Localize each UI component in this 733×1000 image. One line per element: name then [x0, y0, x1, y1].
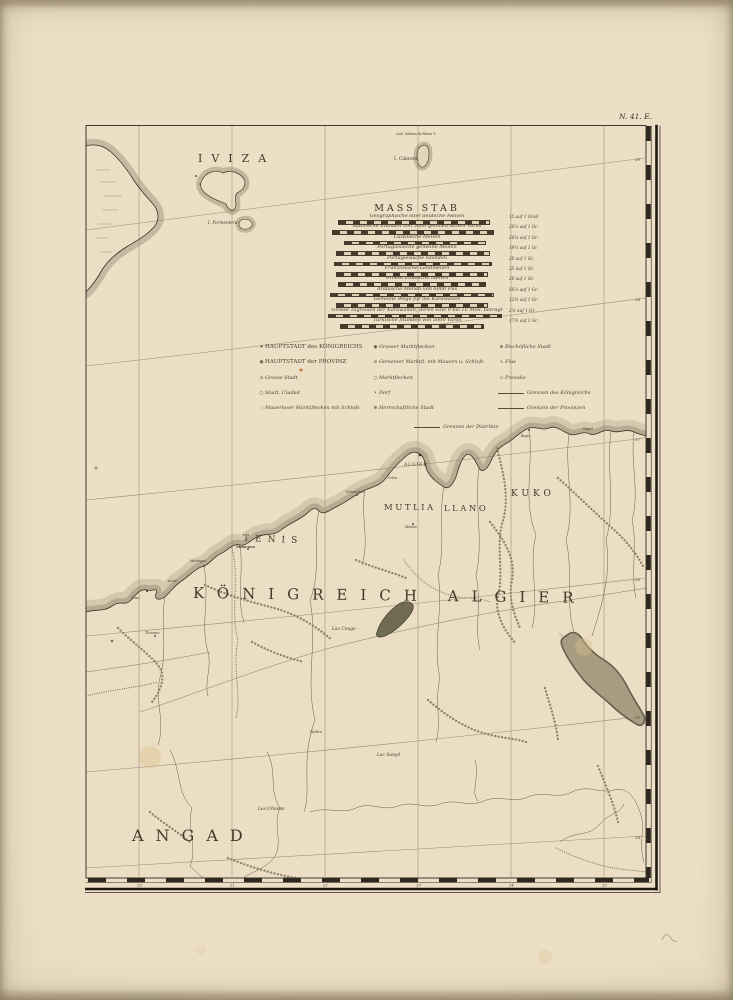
region-label-angad: ANGAD: [131, 826, 255, 845]
scalebar-title: MASS STAB: [328, 203, 506, 214]
scalebar-label: Geographische oder deutsche Meilen: [328, 214, 506, 219]
village-symbol: •: [372, 391, 379, 397]
region-label-iviza: IVIZA: [198, 152, 275, 165]
lat-label: 39: [635, 157, 640, 162]
lon-label: 24: [508, 883, 514, 888]
scale-bar: [340, 324, 484, 329]
legend-item: Grenzen der Provinzen: [498, 405, 585, 411]
scalebar-label: Grosse arabische Meilen: [328, 276, 506, 281]
lon-label: 23: [415, 883, 421, 888]
lat-label: 37: [635, 437, 640, 442]
legend-item: ⊕Herrschaftliche Stadt: [372, 405, 434, 412]
scalebar-value: 26⅔ auf 1 Gr.: [509, 224, 567, 229]
legend-item: ◉HAUPTSTADT der PROVINZ: [258, 359, 346, 366]
place-label-algier: ALGIER: [403, 462, 427, 468]
lat-label: 36: [635, 577, 640, 582]
open-market-symbol: ◌: [258, 406, 265, 412]
scalebar-block: MASS STAB Geographische oder deutsche Me…: [328, 203, 568, 328]
scalebar-label: Türkische Stunden von 5000 Yards: [328, 318, 506, 323]
islet-habibas: [111, 640, 114, 643]
place-label-oran: Oran: [131, 596, 140, 600]
scalebar-label: Castilische Meilen: [328, 235, 506, 240]
scalebar-label: Grosse Tagreisen der Karawanen, deren ei…: [328, 308, 506, 313]
place-label-melira: Melira: [309, 730, 322, 734]
legend-item: ◉Grosser Marktflecken: [372, 344, 434, 351]
lon-label: 20: [136, 883, 142, 888]
legend-item: ○Stadt, Ciudad: [258, 390, 300, 397]
market-symbol: ○: [372, 376, 379, 382]
scalebar-value: 25 auf 1 Gr.: [509, 266, 567, 271]
spain-landfill: [86, 145, 158, 292]
legend-label: Grosser Marktflecken: [379, 344, 434, 350]
legend-item: ⊙Grosse Stadt: [258, 375, 298, 382]
scalebar-value: 20 auf 1 Gr.: [509, 276, 567, 281]
legend-item: ✷HAUPTSTADT des KÖNIGREICHS: [258, 344, 363, 351]
mostagan-marker: [203, 565, 205, 567]
legend-label: Grosse Stadt: [265, 375, 298, 381]
scalebar-row: Arabische Meilen von 6000 Fus 56⅔ auf 1 …: [328, 287, 506, 297]
lon-label: 22: [322, 883, 328, 888]
province-border-line: [498, 407, 524, 409]
place-label-colea: Colea: [388, 476, 397, 480]
capital-province-symbol: ◉: [258, 360, 265, 366]
stain-speck: [94, 466, 97, 469]
island-note-cabrera: Cab. Salinas di Palma V.: [396, 132, 436, 136]
lat-label: 34: [635, 835, 640, 840]
place-label-arzeo: Arzeo: [167, 579, 177, 583]
legend-label: Presidio: [505, 375, 526, 381]
region-label-kuko: KUKO: [511, 489, 555, 499]
cabrera-landfill: [417, 145, 429, 167]
town-symbol: ○: [258, 391, 265, 397]
legend-block: ✷HAUPTSTADT des KÖNIGREICHS ◉HAUPTSTADT …: [256, 344, 616, 436]
legend-label: Herrschaftliche Stadt: [379, 405, 434, 411]
lake-label-sanyd: Lac Sanyd: [376, 753, 400, 758]
legend-item: Grenzen des Königreichs: [498, 390, 590, 396]
lat-label: 35: [635, 715, 640, 720]
legend-item-districts: Grenzen der Distrikte: [414, 424, 498, 430]
scalebar-value: 20 auf 1 Gr.: [509, 256, 567, 261]
scalebar-row: Grosse Tagreisen der Karawanen, deren ei…: [328, 308, 506, 318]
scalebar-row: Französische Landmeilen 25 auf 1 Gr.: [328, 266, 506, 276]
district-border-line: [414, 426, 440, 428]
plate-number: N. 41. E.: [618, 112, 652, 121]
scalebar-row: Portugiesische Stunden 20 auf 1 Gr.: [328, 256, 506, 266]
place-label-tlemsen: Tlemsen: [145, 631, 160, 635]
episcopal-town-symbol: ⊕: [498, 345, 505, 351]
place-label-scherschel: Scherschel: [346, 490, 364, 494]
scalebar-value: 56⅔ auf 1 Gr.: [509, 287, 567, 292]
place-label-orleans: Les Orleans: [257, 807, 285, 812]
scherschel-marker: [356, 494, 358, 496]
legend-item: ○Marktflecken: [372, 375, 413, 382]
place-label-medea: Medea: [404, 525, 417, 529]
formentera-landfill: [239, 219, 252, 229]
scalebar-value: 26¼ auf 1 Gr.: [509, 235, 567, 240]
scalebar-label: Spanische Stunden von 5000 geometrischen…: [328, 224, 506, 229]
legend-label: Stadt, Ciudad: [265, 390, 300, 396]
region-label-mutlia: MUTLIA: [384, 503, 436, 513]
scalebar-value: 15 auf 1 Grad: [509, 214, 567, 219]
legend-label: HAUPTSTADT des KÖNIGREICHS: [265, 344, 363, 350]
scalebar-label: Arabische Meilen von 6000 Fus: [328, 287, 506, 292]
legend-item: ∿Flus: [498, 359, 516, 366]
presidio-symbol: ▫: [498, 376, 505, 382]
scalebar-value: 17½ auf 1 Gr.: [509, 318, 567, 323]
place-label-mascara: Mascara: [235, 544, 255, 549]
scalebar-label: Gemeine Wege für die Karawanen: [328, 297, 506, 302]
stain-blob: [139, 746, 161, 768]
tlemsen-marker: [154, 635, 156, 637]
large-market-symbol: ◉: [372, 345, 379, 351]
kingdom-border-line: [498, 392, 524, 394]
large-town-symbol: ⊙: [258, 376, 265, 382]
lon-label: 21: [229, 883, 235, 888]
scalebar-label: Portugiesische gemeine Meilen: [328, 245, 506, 250]
scalebar-row: Spanische Stunden von 5000 geometrischen…: [328, 224, 506, 234]
walled-market-symbol: ⊙: [372, 360, 379, 366]
legend-label: Gemeiner Marktfl. mit Mauern u. Schlofs: [379, 359, 484, 365]
region-label-llano: LLANO: [444, 504, 488, 514]
lon-label: 25: [601, 883, 607, 888]
scalebar-row: Geographische oder deutsche Meilen 15 au…: [328, 214, 506, 224]
legend-item: ▫Presidio: [498, 375, 526, 382]
legend-item: •Dorf: [372, 390, 390, 397]
island-label-formentera: I. Formentera: [207, 220, 238, 225]
scalebar-label: Französische Landmeilen: [328, 266, 506, 271]
map-sheet: IVIZA I. Formentera I. Cabrera Cab. Sali…: [0, 0, 733, 1000]
scalebar-row: Portugiesische gemeine Meilen 19½ auf 1 …: [328, 245, 506, 255]
legend-label: Marktflecken: [379, 375, 413, 381]
oran-marker: [146, 590, 148, 592]
legend-item: ◌Mauerloser Marktflecken mit Schlofs: [258, 405, 360, 412]
legend-label: Mauerloser Marktflecken mit Schlofs: [265, 405, 360, 411]
place-label-mostagan: Mostagan: [189, 559, 206, 563]
scalebar-value: 12½ auf 1 Gr.: [509, 297, 567, 302]
legend-label: Dorf: [379, 390, 390, 396]
islet: [195, 175, 197, 177]
capital-kingdom-symbol: ✷: [258, 345, 265, 351]
legend-label: Grenzen des Königreichs: [527, 390, 590, 396]
legend-label: HAUPTSTADT der PROVINZ: [265, 359, 346, 365]
stain-blob: [575, 638, 593, 656]
algier-city-marker: [419, 454, 422, 457]
stain-blob: [196, 945, 206, 955]
pen-squiggle: [662, 935, 677, 942]
lat-label: 38: [635, 297, 640, 302]
legend-label: Flus: [505, 359, 516, 365]
map-engraving: IVIZA I. Formentera I. Cabrera Cab. Sali…: [0, 0, 733, 1000]
river-symbol: ∿: [498, 360, 505, 366]
manor-town-symbol: ⊕: [372, 406, 379, 412]
legend-label: Grenzen der Distrikte: [443, 424, 498, 430]
scalebar-row: Gemeine Wege für die Karawanen 12½ auf 1…: [328, 297, 506, 307]
scalebar-value: 2½ auf 1 Gr.: [509, 308, 567, 313]
legend-label: Grenzen der Provinzen: [527, 405, 585, 411]
scalebar-value: 19½ auf 1 Gr.: [509, 245, 567, 250]
legend-item: ⊙Gemeiner Marktfl. mit Mauern u. Schlofs: [372, 359, 484, 366]
lake-label-cougo: Lac Cougo: [331, 627, 356, 632]
scalebar-row: Türkische Stunden von 5000 Yards 17½ auf…: [328, 318, 506, 328]
legend-label: Bischöfliche Stadt: [505, 344, 551, 350]
island-label-cabrera: I. Cabrera: [394, 156, 418, 162]
scalebar-row: Grosse arabische Meilen 20 auf 1 Gr.: [328, 276, 506, 286]
legend-item: ⊕Bischöfliche Stadt: [498, 344, 551, 351]
islet: [199, 183, 201, 185]
stain-blob: [538, 950, 552, 964]
scalebar-label: Portugiesische Stunden: [328, 256, 506, 261]
scalebar-row: Castilische Meilen 26¼ auf 1 Gr.: [328, 235, 506, 245]
